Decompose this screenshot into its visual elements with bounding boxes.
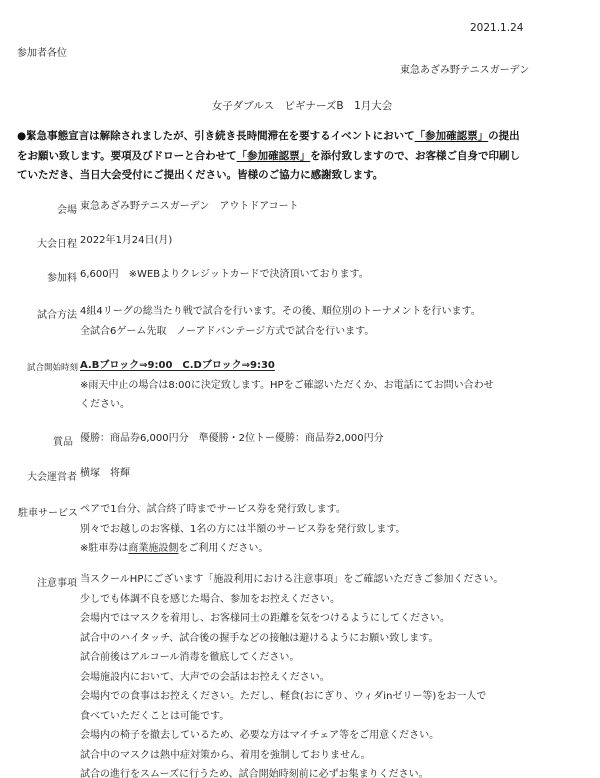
note-item: 会場内の椅子を撤去しているため、必要な方はマイチェア等をご用意ください。	[80, 726, 503, 746]
notice-text: をお願い致します。要項及びドローと合わせて	[17, 150, 237, 162]
note-item: 会場内での食事はお控えください。ただし、軽食(おにぎり、ウィダinゼリー等)をお…	[80, 687, 503, 707]
confirmation-form-link: 「参加確認票」	[237, 150, 311, 162]
start-schedule: A.Bブロック⇒9:00 C.Dブロック⇒9:30	[80, 356, 494, 376]
detail-text: 4組4リーグの総当たり戦で試合を行います。その後、順位別のトーナメントを行います…	[80, 302, 481, 322]
detail-text: ※駐車券は商業施設側をご利用ください。	[80, 539, 406, 559]
addressee: 参加者各位	[17, 44, 67, 59]
detail-label: 大会日程	[14, 235, 77, 250]
detail-value: A.Bブロック⇒9:00 C.Dブロック⇒9:30 ※雨天中止の場合は8:00に…	[80, 356, 494, 415]
notice-line-2: をお願い致します。要項及びドローと合わせて「参加確認票」を添付致しますので、お客…	[17, 147, 577, 167]
detail-text: 6,600円 ※WEBよりクレジットカードで決済頂いております。	[80, 265, 369, 285]
notice-text: の提出	[488, 130, 520, 142]
detail-text: 東急あざみ野テニスガーデン アウトドアコート	[80, 197, 299, 217]
note-item: 試合前後はアルコール消毒を徹底してください。	[80, 648, 503, 668]
note-item: 会場施設内において、大声での会話はお控えください。	[80, 668, 503, 688]
detail-label: 参加料	[14, 269, 77, 284]
detail-text: 2022年1月24日(月)	[80, 231, 172, 251]
note-item: 食べていただくことは可能です。	[80, 707, 503, 727]
detail-value: 6,600円 ※WEBよりクレジットカードで決済頂いております。	[80, 265, 369, 285]
detail-label: 大会運営者	[14, 468, 77, 483]
detail-text: 横塚 将輝	[80, 464, 130, 484]
note-item: 当スクールHPにございます「施設利用における注意事項」をご確認いただきご参加くだ…	[80, 570, 503, 590]
document-title: 女子ダブルス ビギナーズB 1月大会	[0, 98, 600, 113]
note-item: 会場内ではマスクを着用し、お客様同士の距離を気をつけるようにしてください。	[80, 609, 503, 629]
notice-line-3: ていただき、当日大会受付にご提出ください。皆様のご協力に感謝致します。	[17, 166, 577, 186]
note-item: 試合中のハイタッチ、試合後の握手などの接触は避けるようにお願い致します。	[80, 629, 503, 649]
commercial-facility-link: 商業施設側	[128, 543, 178, 554]
notice-text: を添付致しますので、お客様ご自身で印刷し	[310, 150, 520, 162]
detail-text: ※雨天中止の場合は8:00に決定致します。HPをご確認いただくか、お電話にてお問…	[80, 376, 494, 396]
detail-text: ペアで1台分、試合終了時までサービス券を発行致します。	[80, 500, 406, 520]
detail-value: 当スクールHPにございます「施設利用における注意事項」をご確認いただきご参加くだ…	[80, 570, 503, 778]
note-item: 試合の進行をスムーズに行うため、試合開始時刻前に必ずお集まりください。	[80, 765, 503, 778]
detail-value: ペアで1台分、試合終了時までサービス券を発行致します。 別々でお越しのお客様、1…	[80, 500, 406, 559]
detail-label: 試合方法	[14, 306, 77, 321]
detail-text: ※駐車券は	[80, 543, 128, 554]
detail-label: 駐車サービス	[12, 504, 78, 519]
detail-label: 注意事項	[14, 574, 77, 589]
detail-text: ください。	[80, 395, 494, 415]
detail-label: 試合開始時刻	[12, 361, 78, 373]
note-item: 試合中のマスクは熱中症対策から、着用を強制しておりません。	[80, 746, 503, 766]
document-date: 2021.1.24	[470, 22, 523, 34]
detail-value: 優勝：商品券6,000円分 準優勝・2位トー優勝：商品券2,000円分	[80, 429, 384, 449]
detail-text: 優勝：商品券6,000円分 準優勝・2位トー優勝：商品券2,000円分	[80, 429, 384, 449]
notice-text: ●緊急事態宣言は解除されましたが、引き続き長時間滞在を要するイベントにおいて	[17, 130, 415, 142]
note-item: 少しでも体調不良を感じた場合、参加をお控えください。	[80, 590, 503, 610]
detail-value: 2022年1月24日(月)	[80, 231, 172, 251]
detail-text: 別々でお越しのお客様、1名の方には半額のサービス券を発行致します。	[80, 520, 406, 540]
sender-name: 東急あざみ野テニスガーデン	[400, 61, 529, 76]
detail-text: 全試合6ゲーム先取 ノーアドバンテージ方式で試合を行います。	[80, 322, 481, 342]
detail-label: 賞品	[10, 433, 73, 448]
detail-label: 会場	[14, 201, 77, 216]
detail-value: 4組4リーグの総当たり戦で試合を行います。その後、順位別のトーナメントを行います…	[80, 302, 481, 341]
detail-value: 東急あざみ野テニスガーデン アウトドアコート	[80, 197, 299, 217]
notice-paragraph: ●緊急事態宣言は解除されましたが、引き続き長時間滞在を要するイベントにおいて「参…	[17, 127, 577, 186]
detail-value: 横塚 将輝	[80, 464, 130, 484]
confirmation-form-link: 「参加確認票」	[415, 130, 489, 142]
detail-text: をご利用ください。	[178, 543, 268, 554]
notice-line-1: ●緊急事態宣言は解除されましたが、引き続き長時間滞在を要するイベントにおいて「参…	[17, 127, 577, 147]
